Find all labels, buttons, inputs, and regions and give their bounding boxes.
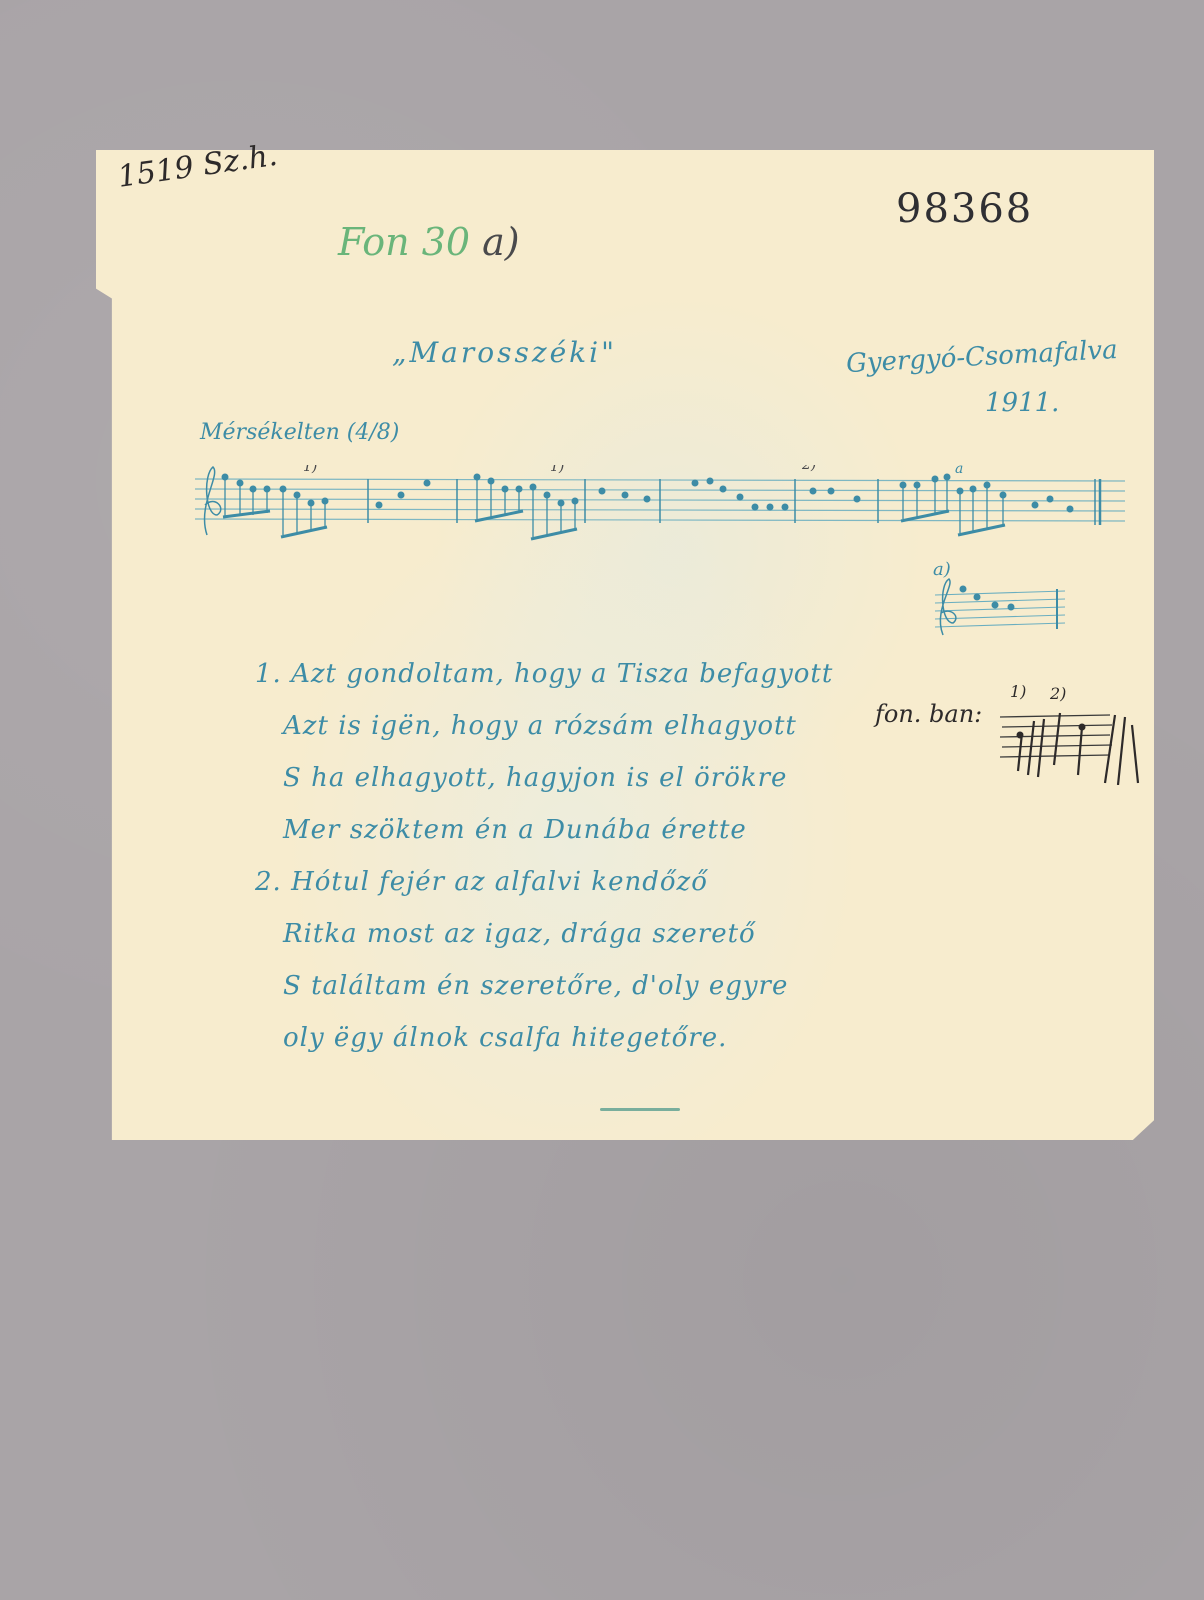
song-title: „Marosszéki"	[392, 336, 617, 369]
phonograph-variant-staff-icon: 1) 2)	[1000, 675, 1145, 785]
variant-staff-icon: a)	[925, 555, 1065, 645]
phonograph-ref-variant: a)	[482, 220, 519, 264]
collection-year: 1911.	[985, 388, 1059, 418]
lyric-line: S találtam én szeretőre, d'oly egyre	[255, 960, 975, 1012]
svg-text:2): 2)	[1049, 684, 1066, 703]
svg-text:2): 2)	[801, 465, 816, 473]
song-lyrics: 1. Azt gondoltam, hogy a Tisza befagyott…	[255, 648, 975, 1064]
svg-text:1): 1)	[303, 465, 317, 475]
lyric-line: Azt is igën, hogy a rózsám elhagyott	[255, 700, 975, 752]
lyric-line: Mer szöktem én a Dunába érette	[255, 804, 975, 856]
lyric-line: 2. Hótul fejér az alfalvi kendőző	[255, 856, 975, 908]
archive-mounting-board: 1519 Sz.h. 98368 Fon 30a) „Marosszéki" G…	[0, 0, 1204, 1600]
svg-text:1): 1)	[550, 465, 564, 475]
end-of-text-rule	[600, 1108, 680, 1111]
phonograph-variant-label: fon. ban:	[875, 700, 982, 728]
phonograph-reference: Fon 30a)	[338, 220, 520, 264]
lyric-line: oly ëgy álnok csalfa hitegetőre.	[255, 1012, 975, 1064]
svg-text:1): 1)	[1010, 682, 1026, 701]
tempo-marking: Mérsékelten (4/8)	[200, 420, 399, 445]
svg-text:a: a	[955, 465, 963, 477]
lyric-line: Ritka most az igaz, drága szerető	[255, 908, 975, 960]
svg-text:a): a)	[933, 559, 951, 580]
lyric-line: S ha elhagyott, hagyjon is el örökre	[255, 752, 975, 804]
music-staff-icon: 1) 1) 2) a	[195, 465, 1125, 545]
archive-stamp: 98368	[896, 186, 1033, 232]
phonograph-ref-number: Fon 30	[338, 220, 470, 264]
lyric-line: 1. Azt gondoltam, hogy a Tisza befagyott	[255, 648, 975, 700]
